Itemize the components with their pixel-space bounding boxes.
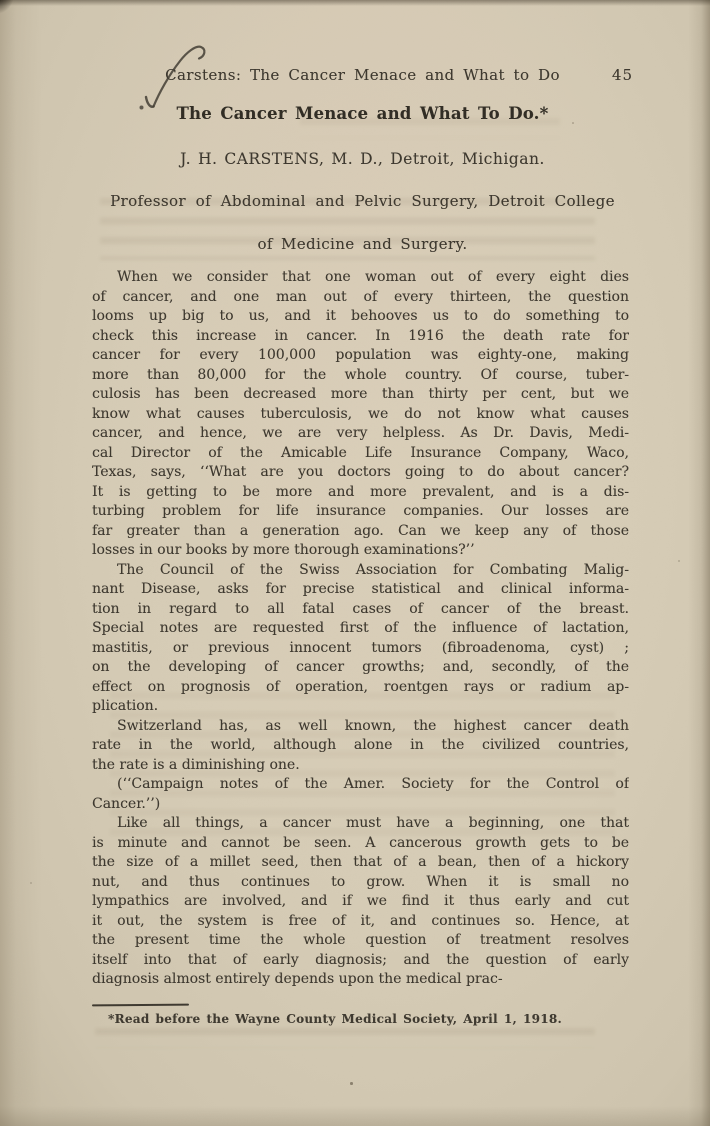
dust-speck bbox=[350, 1082, 353, 1085]
body-line: plication. bbox=[92, 697, 629, 717]
page-number: 45 bbox=[612, 66, 633, 84]
body-line: It is getting to be more and more preval… bbox=[92, 483, 629, 503]
body-line: of cancer, and one man out of every thir… bbox=[92, 288, 629, 308]
footnote-text: *Read before the Wayne County Medical So… bbox=[108, 1012, 588, 1026]
scanned-journal-page: Carstens: The Cancer Menace and What to … bbox=[0, 0, 710, 1126]
body-line: looms up big to us, and it behooves us t… bbox=[92, 307, 629, 327]
body-line: culosis has been decreased more than thi… bbox=[92, 385, 629, 405]
body-line: cancer, and hence, we are very helpless.… bbox=[92, 424, 629, 444]
body-line: Like all things, a cancer must have a be… bbox=[92, 814, 629, 834]
body-line: Cancer.’’) bbox=[92, 795, 629, 815]
body-line: diagnosis almost entirely depends upon t… bbox=[92, 970, 629, 990]
dust-speck bbox=[30, 882, 32, 884]
body-line: Texas, says, ‘‘What are you doctors goin… bbox=[92, 463, 629, 483]
body-line: nant Disease, asks for precise statistic… bbox=[92, 580, 629, 600]
body-line: know what causes tuberculosis, we do not… bbox=[92, 405, 629, 425]
footnote-rule bbox=[92, 1004, 189, 1007]
body-line: the present time the whole question of t… bbox=[92, 931, 629, 951]
running-title: Carstens: The Cancer Menace and What to … bbox=[165, 66, 560, 84]
body-line: rate in the world, although alone in the… bbox=[92, 736, 629, 756]
body-line: far greater than a generation ago. Can w… bbox=[92, 522, 629, 542]
affiliation-line-1: Professor of Abdominal and Pelvic Surger… bbox=[92, 192, 633, 210]
affiliation-line-2: of Medicine and Surgery. bbox=[92, 235, 633, 253]
body-line: the rate is a diminishing one. bbox=[92, 756, 629, 776]
body-line: itself into that of early diagnosis; and… bbox=[92, 951, 629, 971]
body-line: tion in regard to all fatal cases of can… bbox=[92, 600, 629, 620]
show-through-ghost bbox=[95, 1028, 595, 1048]
body-line: nut, and thus continues to grow. When it… bbox=[92, 873, 629, 893]
body-line: the size of a millet seed, then that of … bbox=[92, 853, 629, 873]
body-line: is minute and cannot be seen. A cancerou… bbox=[92, 834, 629, 854]
running-head: Carstens: The Cancer Menace and What to … bbox=[92, 66, 633, 86]
body-line: mastitis, or previous innocent tumors (f… bbox=[92, 639, 629, 659]
body-line: check this increase in cancer. In 1916 t… bbox=[92, 327, 629, 347]
body-line: Switzerland has, as well known, the high… bbox=[92, 717, 629, 737]
body-line: cal Director of the Amicable Life Insura… bbox=[92, 444, 629, 464]
body-line: (‘‘Campaign notes of the Amer. Society f… bbox=[92, 775, 629, 795]
body-line: When we consider that one woman out of e… bbox=[92, 268, 629, 288]
body-line: lympathics are involved, and if we find … bbox=[92, 892, 629, 912]
article-body: When we consider that one woman out of e… bbox=[92, 268, 629, 990]
author-byline: J. H. CARSTENS, M. D., Detroit, Michigan… bbox=[92, 150, 633, 168]
body-line: effect on prognosis of operation, roentg… bbox=[92, 678, 629, 698]
body-line: on the developing of cancer growths; and… bbox=[92, 658, 629, 678]
body-line: The Council of the Swiss Association for… bbox=[92, 561, 629, 581]
body-line: turbing problem for life insurance compa… bbox=[92, 502, 629, 522]
body-line: losses in our books by more thorough exa… bbox=[92, 541, 629, 561]
body-line: cancer for every 100,000 population was … bbox=[92, 346, 629, 366]
article-title: The Cancer Menace and What To Do.* bbox=[92, 104, 633, 123]
body-line: more than 80,000 for the whole country. … bbox=[92, 366, 629, 386]
dust-speck bbox=[678, 560, 680, 562]
body-line: it out, the system is free of it, and co… bbox=[92, 912, 629, 932]
body-line: Special notes are requested first of the… bbox=[92, 619, 629, 639]
